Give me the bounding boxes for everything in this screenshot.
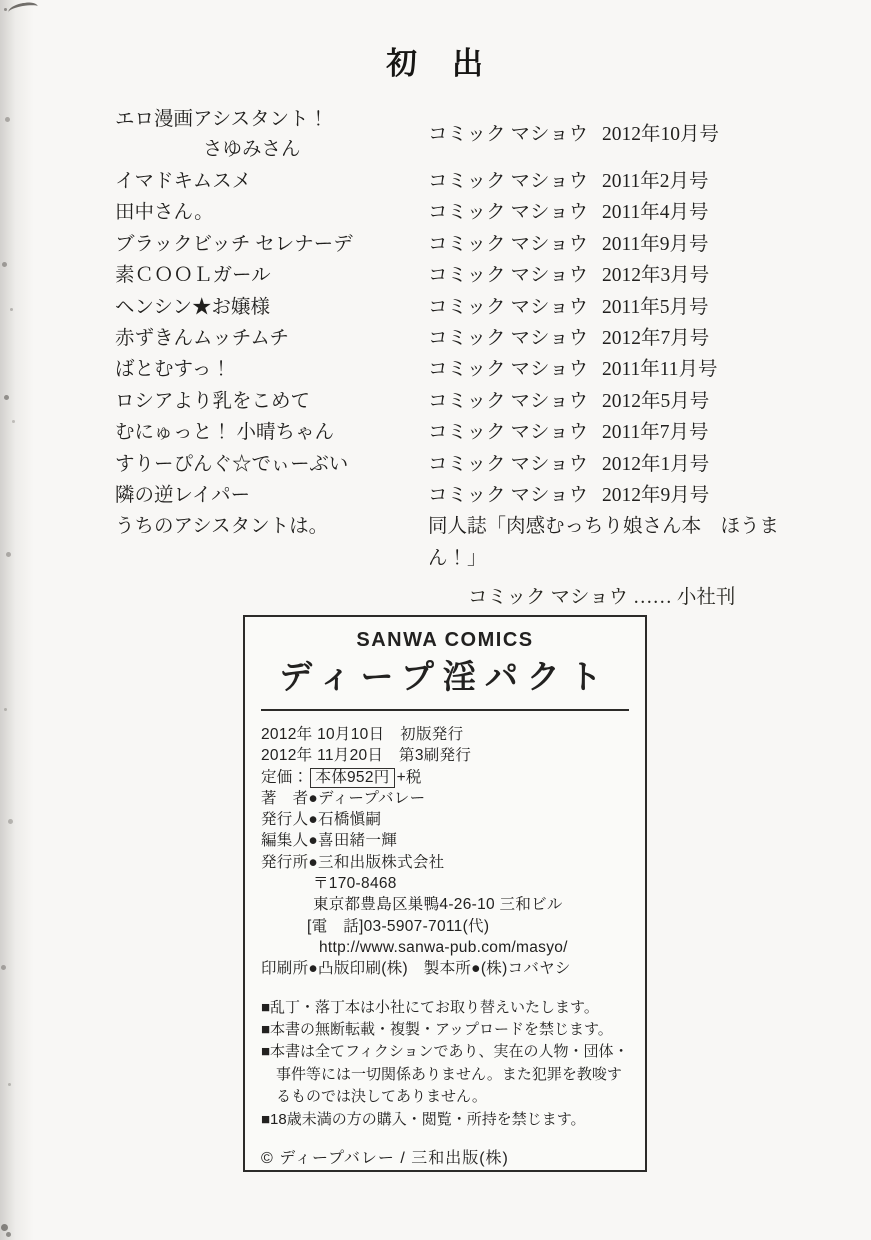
- list-item: 赤ずきんムッチムチ コミック マショウ 2012年7月号: [115, 323, 827, 354]
- entry-source: コミック マショウ: [428, 229, 602, 260]
- entry-issue: 2012年3月号: [602, 260, 827, 291]
- entry-title: ロシアより乳をこめて: [115, 386, 428, 417]
- entry-issue: 2011年7月号: [602, 417, 827, 448]
- list-footnote: コミック マショウ …… 小社刊: [115, 583, 827, 613]
- price-label: 定価：: [261, 769, 308, 786]
- credit-office: 発行所●三和出版株式会社: [261, 852, 629, 873]
- entry-source: コミック マショウ: [428, 260, 602, 291]
- entry-source: コミック マショウ: [428, 197, 602, 228]
- entry-title: むにゅっと！ 小晴ちゃん: [115, 417, 428, 448]
- list-item: うちのアシスタントは。 同人誌「肉感むっちり娘さん本 ほうまん！」: [115, 511, 827, 574]
- credit-publisher: 発行人●石橋愼嗣: [261, 809, 629, 830]
- entry-issue: 2012年5月号: [602, 386, 827, 417]
- entry-issue: 2011年4月号: [602, 197, 827, 228]
- credit-editor: 編集人●喜田緒一輝: [261, 830, 629, 851]
- notice-no-reproduction: ■本書の無断転載・複製・アップロードを禁じます。: [261, 1019, 629, 1041]
- entry-issue: 2011年2月号: [602, 166, 827, 197]
- edition-first-printing: 2012年 10月10日 初版発行: [261, 724, 629, 745]
- list-item: イマドキムスメ コミック マショウ 2011年2月号: [115, 166, 827, 197]
- entry-title: ブラックビッチ セレナーデ: [115, 229, 428, 260]
- entry-source: コミック マショウ: [428, 120, 602, 150]
- entry-source: 同人誌「肉感むっちり娘さん本 ほうまん！」: [428, 511, 827, 574]
- entry-title: 隣の逆レイパー: [115, 480, 428, 511]
- entry-issue: 2012年1月号: [602, 449, 827, 480]
- price-line: 定価：本体952円+税: [261, 767, 629, 788]
- legal-notices: ■乱丁・落丁本は小社にてお取り替えいたします。 ■本書の無断転載・複製・アップロ…: [261, 997, 629, 1131]
- first-publication-list: エロ漫画アシスタント！ さゆみさん コミック マショウ 2012年10月号 イマ…: [115, 103, 827, 613]
- postal-code: 〒170-8468: [261, 873, 629, 894]
- colophon-details: 2012年 10月10日 初版発行 2012年 11月20日 第3刷発行 定価：…: [261, 724, 629, 980]
- entry-issue: 2012年10月号: [602, 120, 827, 150]
- entry-title-line1: エロ漫画アシスタント！: [115, 109, 328, 130]
- entry-source: コミック マショウ: [428, 166, 602, 197]
- website-url: http://www.sanwa-pub.com/masyo/: [261, 937, 629, 958]
- list-item: 隣の逆レイパー コミック マショウ 2012年9月号: [115, 480, 827, 511]
- list-item: ばとむすっ！ コミック マショウ 2011年11月号: [115, 354, 827, 385]
- entry-issue: 2012年7月号: [602, 323, 827, 354]
- phone: [電 話]03-5907-7011(代): [261, 916, 629, 937]
- entry-source: コミック マショウ: [428, 292, 602, 323]
- copyright: © ディープバレー / 三和出版(株): [261, 1145, 629, 1168]
- entry-source: コミック マショウ: [428, 323, 602, 354]
- entry-source: コミック マショウ: [428, 449, 602, 480]
- list-item: ヘンシン★お嬢様 コミック マショウ 2011年5月号: [115, 292, 827, 323]
- entry-title: ばとむすっ！: [115, 354, 428, 385]
- list-item: 素ＣＯＯＬガール コミック マショウ 2012年3月号: [115, 260, 827, 291]
- list-item: すりーぴんぐ☆でぃーぶい コミック マショウ 2012年1月号: [115, 449, 827, 480]
- entry-issue: 2011年11月号: [602, 354, 827, 385]
- entry-title-line2: さゆみさん: [115, 135, 428, 165]
- list-item: ブラックビッチ セレナーデ コミック マショウ 2011年9月号: [115, 229, 827, 260]
- entry-source: コミック マショウ: [428, 480, 602, 511]
- scan-corner-artifact: [7, 1, 38, 18]
- credit-author: 著 者●ディープバレー: [261, 788, 629, 809]
- entry-title: うちのアシスタントは。: [115, 511, 428, 574]
- entry-source: コミック マショウ: [428, 417, 602, 448]
- entry-title: ヘンシン★お嬢様: [115, 292, 428, 323]
- entry-title: イマドキムスメ: [115, 166, 428, 197]
- notice-replacement: ■乱丁・落丁本は小社にてお取り替えいたします。: [261, 997, 629, 1019]
- list-item: エロ漫画アシスタント！ さゆみさん コミック マショウ 2012年10月号: [115, 103, 827, 166]
- scanned-book-page: 初 出 エロ漫画アシスタント！ さゆみさん コミック マショウ 2012年10月…: [0, 0, 871, 1240]
- notice-fiction: ■本書は全てフィクションであり、実在の人物・団体・事件等には一切関係ありません。…: [261, 1041, 629, 1108]
- entry-title: すりーぴんぐ☆でぃーぶい: [115, 449, 428, 480]
- series-name: SANWA COMICS: [261, 627, 629, 653]
- entry-title: 田中さん。: [115, 197, 428, 228]
- price-suffix: +税: [397, 769, 422, 786]
- entry-issue: 2011年5月号: [602, 292, 827, 323]
- price-boxed-value: 本体952円: [310, 768, 394, 788]
- address: 東京都豊島区巣鴨4-26-10 三和ビル: [261, 894, 629, 915]
- entry-issue: 2011年9月号: [602, 229, 827, 260]
- scan-speckles: [4, 8, 7, 11]
- entry-title: 素ＣＯＯＬガール: [115, 260, 428, 291]
- entry-source: コミック マショウ: [428, 386, 602, 417]
- page-title: 初 出: [0, 38, 871, 83]
- list-item: ロシアより乳をこめて コミック マショウ 2012年5月号: [115, 386, 827, 417]
- entry-title: エロ漫画アシスタント！ さゆみさん: [115, 105, 428, 165]
- notice-age-restriction: ■18歳未満の方の購入・閲覧・所持を禁じます。: [261, 1109, 629, 1131]
- entry-issue: 2012年9月号: [602, 480, 827, 511]
- book-title: ディープ淫パクト: [261, 656, 629, 711]
- entry-title: 赤ずきんムッチムチ: [115, 323, 428, 354]
- scan-gutter-shadow: [0, 0, 34, 1240]
- list-item: むにゅっと！ 小晴ちゃん コミック マショウ 2011年7月号: [115, 417, 827, 448]
- production-credits: 印刷所●凸版印刷(株) 製本所●(株)コバヤシ: [261, 958, 629, 979]
- colophon-box: SANWA COMICS ディープ淫パクト 2012年 10月10日 初版発行 …: [243, 615, 647, 1172]
- edition-third-printing: 2012年 11月20日 第3刷発行: [261, 745, 629, 766]
- list-item: 田中さん。 コミック マショウ 2011年4月号: [115, 197, 827, 228]
- entry-source: コミック マショウ: [428, 354, 602, 385]
